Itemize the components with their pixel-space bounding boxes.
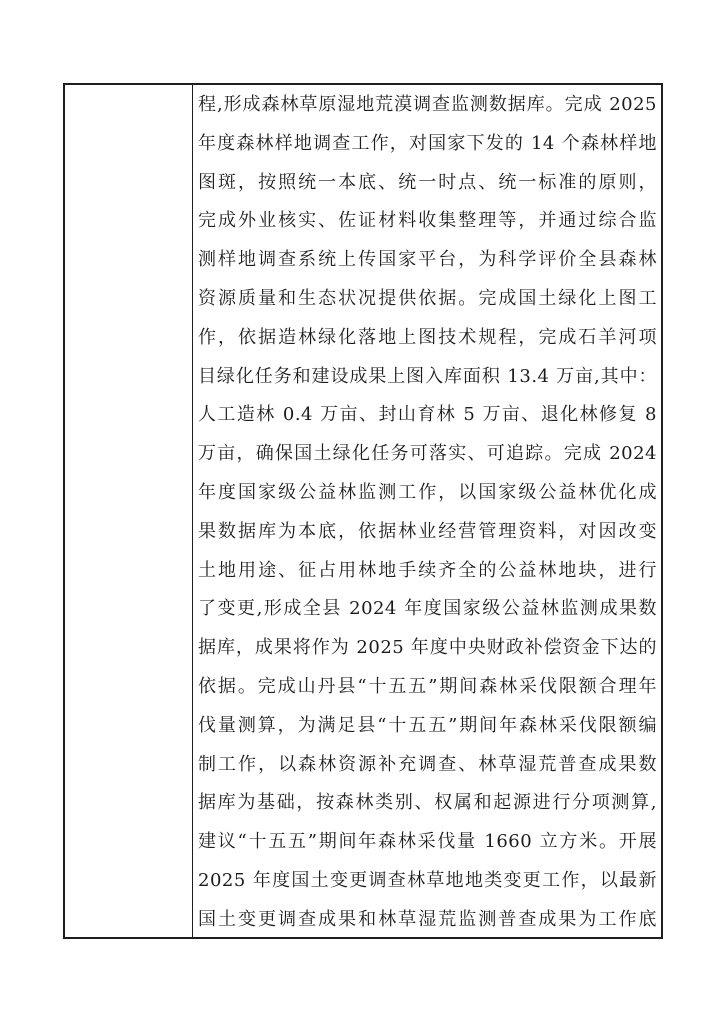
text-line: 了变更,形成全县 2024 年度国家级公益林监测成果数 — [198, 590, 657, 629]
text-line: 建议“十五五”期间年森林采伐量 1660 立方米。开展 — [198, 823, 657, 862]
text-line: 图斑，按照统一本底、统一时点、统一标准的原则， — [198, 164, 657, 203]
text-line: 作，依据造林绿化落地上图技术规程，完成石羊河项 — [198, 319, 657, 358]
text-line: 依据。完成山丹县“十五五”期间森林采伐限额合理年 — [198, 668, 657, 707]
text-line: 国土变更调查成果和林草湿荒监测普查成果为工作底 — [198, 901, 657, 937]
text-line: 完成外业核实、佐证材料收集整理等，并通过综合监 — [198, 202, 657, 241]
text-line: 果数据库为本底，依据林业经营管理资料，对因改变 — [198, 513, 657, 552]
text-line: 万亩，确保国土绿化任务可落实、可追踪。完成 2024 — [198, 435, 657, 474]
table-right-cell: 程,形成森林草原湿地荒漠调查监测数据库。完成 2025年度森林样地调查工作，对国… — [193, 85, 661, 937]
text-line: 土地用途、征占用林地手续齐全的公益林地块，进行 — [198, 552, 657, 591]
report-table: 程,形成森林草原湿地荒漠调查监测数据库。完成 2025年度森林样地调查工作，对国… — [63, 83, 663, 939]
text-line: 2025 年度国土变更调查林草地地类变更工作，以最新 — [198, 862, 657, 901]
text-line: 制工作，以森林资源补充调查、林草湿荒普查成果数 — [198, 746, 657, 785]
text-line: 年度国家级公益林监测工作，以国家级公益林优化成 — [198, 474, 657, 513]
text-line: 人工造林 0.4 万亩、封山育林 5 万亩、退化林修复 8 — [198, 396, 657, 435]
text-line: 年度森林样地调查工作，对国家下发的 14 个森林样地 — [198, 125, 657, 164]
text-line: 目绿化任务和建设成果上图入库面积 13.4 万亩,其中： — [198, 358, 657, 397]
text-line: 测样地调查系统上传国家平台，为科学评价全县森林 — [198, 241, 657, 280]
text-line: 伐量测算，为满足县“十五五”期间年森林采伐限额编 — [198, 707, 657, 746]
text-line: 资源质量和生态状况提供依据。完成国土绿化上图工 — [198, 280, 657, 319]
table-left-cell — [65, 85, 193, 937]
text-line: 据库，成果将作为 2025 年度中央财政补偿资金下达的 — [198, 629, 657, 668]
text-line: 据库为基础，按森林类别、权属和起源进行分项测算, — [198, 784, 657, 823]
document-page: 程,形成森林草原湿地荒漠调查监测数据库。完成 2025年度森林样地调查工作，对国… — [0, 0, 724, 1024]
text-line: 程,形成森林草原湿地荒漠调查监测数据库。完成 2025 — [198, 86, 657, 125]
